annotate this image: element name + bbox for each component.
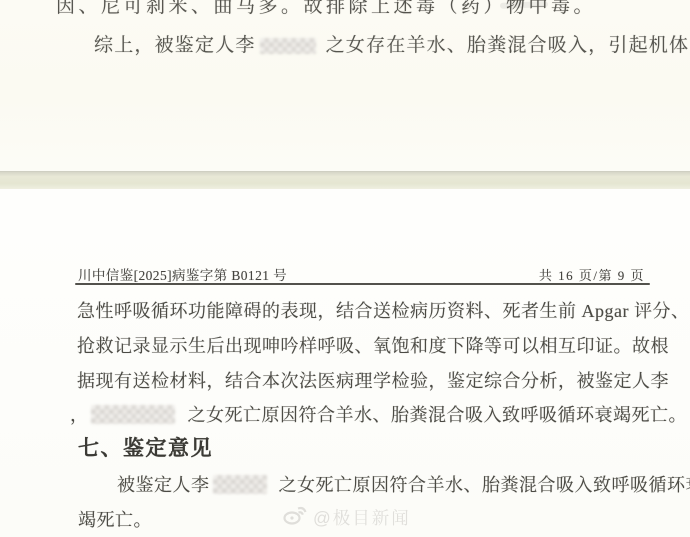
body-line-2: 抢救记录显示生后出现呻吟样呼吸、氧饱和度下降等可以相互印证。故根 bbox=[77, 332, 669, 358]
opinion-line-2: 竭死亡。 bbox=[78, 506, 152, 532]
top-page-fragment bbox=[0, 0, 690, 171]
redacted-name-blur bbox=[213, 475, 267, 494]
header-rule bbox=[75, 283, 650, 285]
body-line-3: 据现有送检材料，结合本次法医病理学检验，鉴定综合分析，被鉴定人李 bbox=[77, 367, 669, 393]
opinion-line1-prefix: 被鉴定人李 bbox=[117, 475, 210, 495]
redacted-name-blur bbox=[91, 405, 175, 424]
body-line4-prefix: ， bbox=[70, 405, 89, 425]
page-edge-band bbox=[0, 171, 690, 190]
top-fragment-line-1: 因、尼可刹米、曲马多。故排除上述毒（药）物中毒。 bbox=[56, 0, 596, 18]
page-number-info: 共 16 页/第 9 页 bbox=[539, 265, 645, 284]
top-line2-prefix: 综上，被鉴定人李 bbox=[94, 35, 256, 56]
watermark-text: @极目新闻 bbox=[313, 505, 411, 530]
document-photo: 因、尼可刹米、曲马多。故排除上述毒（药）物中毒。 综上，被鉴定人李之女存在羊水、… bbox=[0, 0, 690, 537]
doc-number: 川中信鉴[2025]病鉴字第 B0121 号 bbox=[78, 264, 287, 284]
top-fragment-line-2: 综上，被鉴定人李之女存在羊水、胎粪混合吸入，引起机体出现 bbox=[94, 30, 690, 57]
watermark: @极目新闻 bbox=[282, 505, 411, 530]
weibo-icon bbox=[282, 505, 308, 530]
redacted-name-blur bbox=[260, 38, 316, 54]
body-line-4: ，之女死亡原因符合羊水、胎粪混合吸入致呼吸循环衰竭死亡。 bbox=[70, 401, 687, 427]
top-line2-suffix: 之女存在羊水、胎粪混合吸入，引起机体出现 bbox=[326, 35, 690, 56]
body-line-1: 急性呼吸循环功能障碍的表现，结合送检病历资料、死者生前 Apgar 评分、 bbox=[77, 297, 689, 323]
page-header: 川中信鉴[2025]病鉴字第 B0121 号 共 16 页/第 9 页 bbox=[78, 264, 645, 284]
opinion-line1-suffix: 之女死亡原因符合羊水、胎粪混合吸入致呼吸循环衰 bbox=[279, 475, 690, 495]
section-heading: 七、鉴定意见 bbox=[78, 432, 213, 462]
opinion-line-1: 被鉴定人李之女死亡原因符合羊水、胎粪混合吸入致呼吸循环衰 bbox=[117, 471, 690, 497]
body-line4-suffix: 之女死亡原因符合羊水、胎粪混合吸入致呼吸循环衰竭死亡。 bbox=[188, 405, 688, 425]
